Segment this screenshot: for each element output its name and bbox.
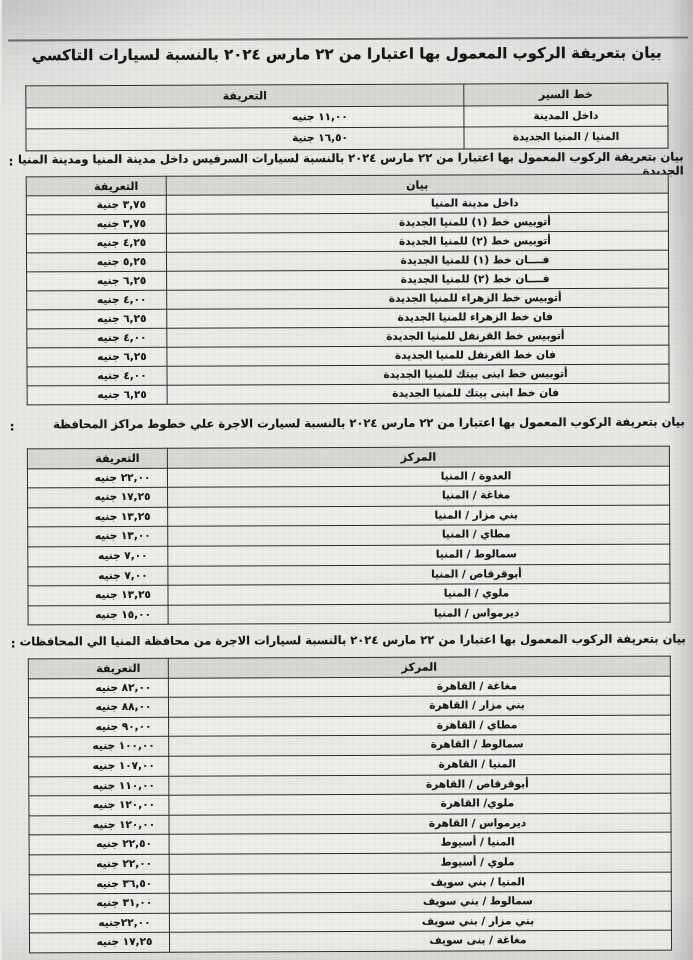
route-cell: بني مزار / المنيا	[166, 505, 668, 527]
fare-cell: ٨٨,٠٠ جنيه	[26, 697, 166, 717]
column-header-fare: التعريفة	[26, 658, 166, 678]
route-cell: ملوي / المنيا	[166, 583, 668, 605]
route-cell: ملوي/ القاهرة	[167, 793, 669, 815]
route-cell: ديرمواس / القاهرة	[167, 813, 669, 835]
table-row: ديرمواس / المنيا١٥,٠٠ جنيه	[26, 603, 668, 625]
title-colon: :	[7, 152, 12, 168]
table-row: فان خط ابنى بيتك للمنيا الجديدة٦,٢٥ جنيه	[25, 383, 667, 405]
route-cell: فــــان خط (٢) للمنيا الجديدة	[165, 269, 667, 290]
column-header-center: المركز	[165, 446, 667, 468]
governorates-fares-table: المركز التعريفة مغاغة / القاهرة٨٢,٠٠ جني…	[26, 656, 670, 954]
route-cell: المنيا / القاهرة	[167, 754, 669, 776]
scanned-document-page: بيان بتعريفة الركوب المعمول بها اعتبارا …	[0, 0, 693, 960]
column-header-line: بيان	[164, 174, 666, 195]
fare-cell: ١٢٠,٠٠ جنيه	[27, 795, 167, 815]
fare-cell: ١٣,٢٥ جنيه	[26, 585, 166, 605]
fare-cell: ١٥,٠٠ جنيه	[26, 605, 166, 625]
fare-cell: ٦,٢٥ جنيه	[25, 271, 165, 291]
title-colon: :	[9, 634, 14, 650]
route-cell: فان خط ابنى بيتك للمنيا الجديدة	[165, 383, 667, 404]
route-cell: مغاغة / القاهرة	[166, 676, 668, 698]
table-row: المنيا / المنيا الجديدة١٦,٥٠ جنية	[24, 126, 666, 150]
fare-cell: ٨٢,٠٠ جنيه	[26, 678, 166, 698]
fare-cell: ١٦,٥٠ جنية	[24, 127, 462, 150]
route-cell: أتوبيس خط ابنى بيتك للمنيا الجديدة	[165, 364, 667, 385]
route-cell: ملوي / أسيوط	[167, 852, 669, 874]
fare-cell: ٤,٠٠ جنيه	[25, 290, 165, 310]
section-title-text: بيان بتعريفة الركوب المعمول بها اعتبارا …	[18, 632, 684, 649]
route-cell: أبوقرقاص / المنيا	[166, 564, 668, 586]
fare-cell: ٣١,٠٠ جنيه	[27, 893, 167, 913]
horizontal-rule	[6, 37, 686, 42]
table-row: مغاغة / بنى سويف١٧,٢٥ جنيه	[27, 930, 669, 952]
column-header-fare: التعريفة	[24, 176, 164, 196]
title-colon: :	[8, 417, 13, 433]
page-content: بيان بتعريفة الركوب المعمول بها اعتبارا …	[0, 0, 693, 960]
table-header: خط السير التعريفة	[24, 83, 666, 107]
fare-cell: ٦,٢٥ جنيه	[25, 309, 165, 329]
section-title-governorates: بيان بتعريفة الركوب المعمول بها اعتبارا …	[9, 632, 684, 651]
document-main-title: بيان بتعريفة الركوب المعمول بها اعتبارا …	[0, 43, 691, 64]
fare-cell: ١٠٧,٠٠ جنيه	[27, 756, 167, 776]
table-body: داخل المدينة١١,٠٠ جنيهالمنيا / المنيا ال…	[24, 105, 666, 151]
column-header-fare: التعريفة	[25, 448, 165, 468]
taxi-fares-table: خط السير التعريفة داخل المدينة١١,٠٠ جنيه…	[23, 83, 666, 151]
fare-cell: ٣,٧٥ جنية	[24, 195, 164, 215]
fare-cell: ١١,٠٠ جنيه	[24, 105, 462, 128]
fare-cell: ٦,٢٥ جنيه	[25, 385, 165, 405]
fare-cell: ١٧,٢٥ جنيه	[27, 933, 167, 953]
fare-cell: ٧,٠٠ جنيه	[26, 566, 166, 586]
column-header-route: خط السير	[462, 83, 666, 105]
route-cell: فان خط القرنفل للمنيا الجديدة	[165, 345, 667, 366]
centers-fares-table: المركز التعريفة العدوة / المنيا٢٢,٠٠ جني…	[25, 446, 669, 626]
table-body: مغاغة / القاهرة٨٢,٠٠ جنيهبني مزار / القا…	[26, 676, 669, 953]
fare-cell: ٧,٠٠ جنيه	[26, 546, 166, 566]
route-cell: العدوة / المنيا	[165, 466, 667, 488]
column-header-center: المركز	[166, 656, 668, 678]
fare-cell: ٤,٠٠ جنيه	[25, 366, 165, 386]
route-cell: المنيا / المنيا الجديدة	[462, 126, 666, 148]
table-body: داخل مدينة المنيا٣,٧٥ جنيةأتوبيس خط (١) …	[24, 193, 667, 405]
route-cell: أتوبيس خط (١) للمنيا الجديدة	[164, 212, 666, 233]
fare-cell: ٤,٠٠ جنيه	[25, 328, 165, 348]
route-cell: مغاغة / المنيا	[166, 485, 668, 507]
route-cell: مطاي / القاهرة	[167, 715, 669, 737]
fare-cell: ٢٢,٠٠ جنيه	[27, 854, 167, 874]
route-cell: سمالوط / بني سويف	[167, 891, 669, 913]
route-cell: أتوبيس خط الزهراء للمنيا الجديدة	[165, 288, 667, 309]
route-cell: مطاي / المنيا	[166, 524, 668, 546]
table-body: العدوة / المنيا٢٢,٠٠ جنيهمغاغة / المنيا١…	[25, 466, 668, 626]
route-cell: المنيا / بني سويف	[167, 872, 669, 894]
fare-cell: ٢٢,٠٠جنيه	[27, 913, 167, 933]
route-cell: أتوبيس خط (٢) للمنيا الجديدة	[164, 231, 666, 252]
route-cell: مغاغة / بنى سويف	[167, 930, 669, 952]
fare-cell: ١٠٠,٠٠ جنيه	[27, 737, 167, 757]
column-header-fare: التعريفة	[24, 84, 462, 107]
route-cell: بني مزار / القاهرة	[166, 695, 668, 717]
section-title-text: بيان بتعريفة الركوب المعمول بها اعتبارا …	[51, 415, 683, 432]
header-row: خط السير التعريفة	[24, 83, 666, 107]
route-cell: أتوبيس خط القرنفل للمنيا الجديدة	[165, 326, 667, 347]
route-cell: داخل مدينة المنيا	[164, 193, 666, 214]
fare-cell: ٣,٧٥ جنيه	[24, 214, 164, 234]
route-cell: بني مزار / بني سويف	[167, 911, 669, 933]
fare-cell: ٢٢,٠٠ جنيه	[25, 468, 165, 488]
route-cell: سمالوط / المنيا	[166, 544, 668, 566]
fare-cell: ١٧,٢٥ جنيه	[26, 487, 166, 507]
fare-cell: ٢٢,٥٠ جنيه	[27, 835, 167, 855]
fare-cell: ٣٦,٥٠ جنيه	[27, 874, 167, 894]
section-title-centers: بيان بتعريفة الركوب المعمول بها اعتبارا …	[8, 415, 683, 434]
route-cell: ديرمواس / المنيا	[166, 603, 668, 625]
route-cell: فــــان خط (١) للمنيا الجديدة	[165, 250, 667, 271]
route-cell: المنيا / أسيوط	[167, 832, 669, 854]
route-cell: أبوقرقاص / القاهرة	[167, 774, 669, 796]
route-cell: داخل المدينة	[462, 105, 666, 127]
fare-cell: ١٢٠,٠٠ جنيه	[27, 815, 167, 835]
fare-cell: ٩٠,٠٠ جنيه	[27, 717, 167, 737]
route-cell: فان خط الزهراء للمنيا الجديدة	[165, 307, 667, 328]
fare-cell: ٤,٢٥ جنيه	[24, 233, 164, 253]
fare-cell: ١٣,٠٠ جنيه	[26, 527, 166, 547]
route-cell: سمالوط / القاهرة	[167, 734, 669, 756]
fare-cell: ٦,٢٥ جنيه	[25, 347, 165, 367]
fare-cell: ١٣,٢٥ جنيه	[26, 507, 166, 527]
fare-cell: ٥,٢٥ جنيه	[25, 252, 165, 272]
fare-cell: ١١٠,٠٠ جنيه	[27, 776, 167, 796]
service-fares-table: بيان التعريفة داخل مدينة المنيا٣,٧٥ جنية…	[24, 174, 668, 406]
table-row: داخل المدينة١١,٠٠ جنيه	[24, 105, 666, 129]
